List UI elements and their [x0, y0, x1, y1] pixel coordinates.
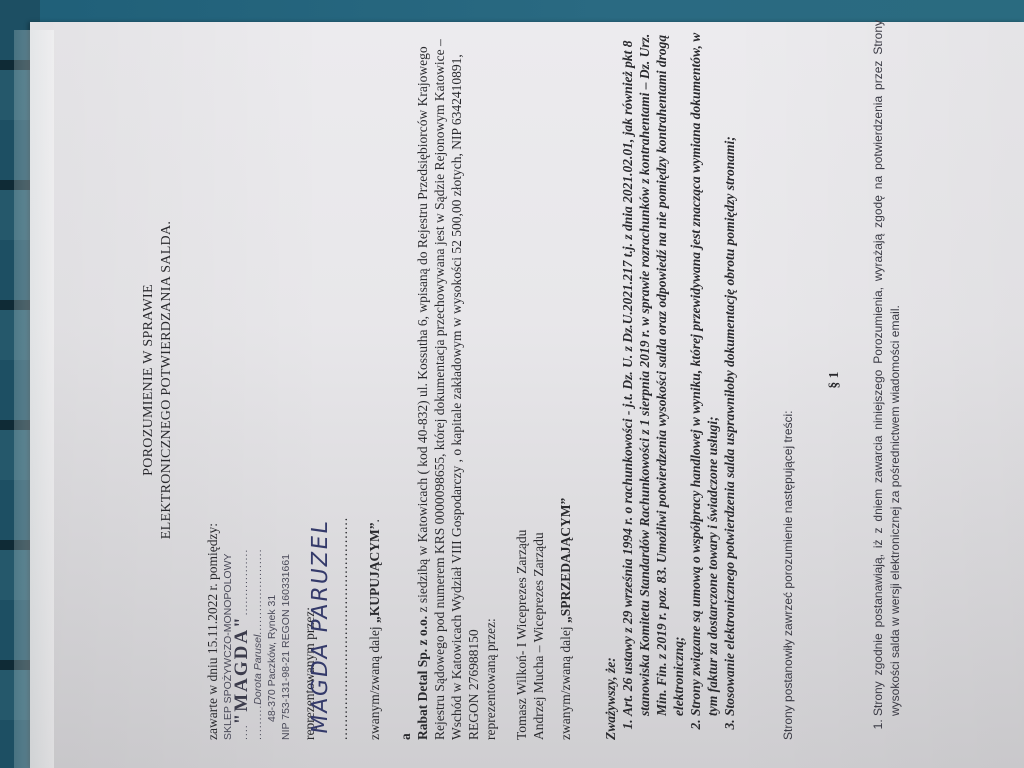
title-line-2: ELEKTRONICZNEGO POTWIERDZANIA SALDA.: [158, 20, 176, 740]
seller-called-prefix: zwanym/zwaną dalej: [558, 623, 573, 740]
section-1-heading: § 1: [825, 20, 842, 740]
agreement-intro: Strony postanowiły zawrzeć porozumienie …: [780, 20, 797, 740]
seller-representative-2: Andrzej Mucha – Wiceprezes Zarządu: [530, 20, 547, 740]
document-title: POROZUMIENIE W SPRAWIE ELEKTRONICZNEGO P…: [140, 20, 176, 740]
plastic-sleeve: [14, 30, 54, 768]
seller-represented-label: reprezentowaną przez:: [483, 618, 498, 740]
stamp-address: 48-370 Paczków, Rynek 31: [265, 20, 279, 740]
seller-called: zwanym/zwaną dalej „SPRZEDAJĄCYM”: [557, 20, 574, 740]
stamp-owner: Dorota Parusel: [252, 635, 264, 705]
buyer-role: „KUPUJĄCYM”: [367, 523, 382, 624]
whereas-item-3: Stosowanie elektronicznego potwierdzenia…: [721, 20, 738, 716]
seller-name: Rabat Detal Sp. z o.o.: [415, 616, 430, 740]
seller-role: „SPRZEDAJĄCYM”: [558, 498, 573, 623]
intro-text: zawarte w dniu 15.11.2022 r. pomiędzy:: [204, 20, 221, 740]
section-1-list: Strony zgodnie postanawiają, iż z dniem …: [870, 20, 904, 740]
whereas-item-2: Strony związane są umową o współpracy ha…: [687, 20, 721, 716]
seller-description: Rabat Detal Sp. z o.o. z siedzibą w Kato…: [414, 20, 499, 740]
buyer-called-suffix: .: [367, 519, 382, 522]
section-1-item-1: Strony zgodnie postanawiają, iż z dniem …: [870, 20, 904, 716]
whereas-heading: Zważywszy, że:: [602, 20, 619, 740]
buyer-called-prefix: zwanym/zwaną dalej: [367, 623, 382, 740]
and-connector: a: [397, 20, 414, 740]
stamp-shop-name: "MAGDA": [231, 615, 252, 724]
buyer-signature: MAGDA PARUZEL: [312, 518, 329, 735]
buyer-called: zwanym/zwaną dalej „KUPUJĄCYM”.: [366, 20, 383, 740]
buyer-stamp: SKLEP SPOŻYWCZO-MONOPOLOWY ...."MAGDA"..…: [221, 20, 293, 740]
seller-representative-1: Tomasz Wilkoń- I Wiceprezes Zarządu: [513, 20, 530, 740]
whereas-item-1: Art. 26 ustawy z 29 września 1994 r. o r…: [619, 20, 687, 716]
whereas-list: Art. 26 ustawy z 29 września 1994 r. o r…: [619, 20, 738, 740]
stamp-ids: NIP 753-131-98-21 REGON 160331661: [279, 20, 293, 740]
title-line-1: POROZUMIENIE W SPRAWIE: [140, 20, 158, 740]
document-content: POROZUMIENIE W SPRAWIE ELEKTRONICZNEGO P…: [140, 20, 1000, 740]
